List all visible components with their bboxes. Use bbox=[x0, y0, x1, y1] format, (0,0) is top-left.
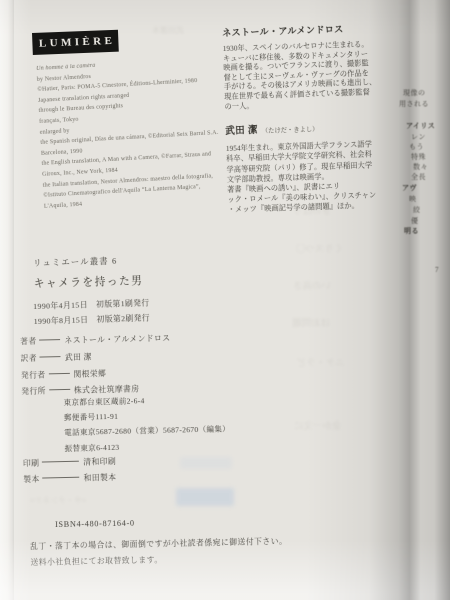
dash-rule bbox=[42, 461, 79, 463]
translator-name: 武田 潔 bbox=[225, 126, 258, 137]
next-page-fragment: 明る bbox=[404, 226, 419, 236]
bios-column: ネストール・アルメンドロス 1930年、スペインのバルセロナに生まれる。 キュー… bbox=[222, 21, 400, 216]
next-page-fragment: 優 bbox=[411, 216, 419, 226]
next-page-fragment: アヴ bbox=[402, 183, 417, 193]
ghost-text: 武田潔本 bbox=[152, 25, 184, 36]
colophon-value: 株式会社筑摩書房 bbox=[74, 384, 140, 394]
next-page-number: 7 bbox=[435, 266, 439, 274]
ghost-text: いの高さ bbox=[293, 278, 331, 292]
book-title: キャメラを持った男 bbox=[34, 273, 144, 291]
series-name: リュミエール叢書 6 bbox=[33, 254, 143, 269]
colophon-label: 発行者 bbox=[21, 370, 46, 380]
next-page-fold-text: 現像の 用される アイリス レン もう 特殊 数々 全長 アヴ 映 絞 優 明る bbox=[398, 86, 450, 286]
publisher-transfer-line: 振替東京6-4123 bbox=[64, 442, 119, 454]
colophon-row-binder: 製本和田製本 bbox=[23, 472, 116, 485]
return-notice: 乱丁・落丁本の場合は、御面倒ですが小社読者係宛に御送付下さい。 送料小社負担にて… bbox=[30, 534, 288, 570]
isbn-text: ISBN4-480-87164-0 bbox=[55, 519, 135, 529]
colophon-block: 著者ネストール・アルメンドロス 訳者武田 潔 発行者関根栄郷 発行所株式会社筑摩… bbox=[20, 329, 324, 496]
edition-dates: 1990年4月15日 初版第1刷発行 1990年8月15日 初版第2刷発行 bbox=[33, 295, 150, 329]
next-page-fragment: 数々 bbox=[413, 162, 428, 172]
lumiere-logo: LUMIÈRE bbox=[32, 30, 119, 55]
page-left-edge bbox=[0, 0, 14, 600]
colophon-value: 武田 潔 bbox=[65, 352, 92, 362]
colophon-label: 製本 bbox=[23, 475, 40, 484]
next-page-fragment: レン bbox=[411, 132, 426, 142]
next-page-fragment: 特殊 bbox=[411, 152, 426, 162]
colophon-row-printer: 印刷清和印刷 bbox=[23, 456, 116, 469]
dash-rule bbox=[39, 339, 60, 340]
author-bio: 1930年、スペインのバルセロナに生まれる。 キューバに移住後、多数のドキュメン… bbox=[223, 40, 397, 113]
colophon-value: 和田製本 bbox=[84, 473, 117, 483]
copyright-credits-block: Un homme à la caméra by Nestor Almendros… bbox=[36, 53, 244, 212]
colophon-row-translator: 訳者武田 潔 bbox=[20, 351, 92, 364]
series-title-block: リュミエール叢書 6 キャメラを持った男 bbox=[33, 254, 144, 291]
next-page-fragment: 絞 bbox=[413, 205, 421, 215]
next-page-fragment: アイリス bbox=[406, 121, 435, 131]
dash-rule bbox=[49, 389, 70, 390]
colophon-value: 清和印刷 bbox=[83, 457, 116, 467]
dash-rule bbox=[43, 477, 80, 479]
ghost-text-line: ≡サ・ナンネケ≡ bbox=[30, 495, 86, 506]
translator-name-row: 武田 潔 （たけだ・きよし） bbox=[225, 116, 397, 139]
publisher-phone-line: 電話東京5687-2680（営業）5687-2670（編集） bbox=[64, 423, 230, 438]
author-name: ネストール・アルメンドロス bbox=[222, 21, 394, 39]
next-page-fragment: 映 bbox=[409, 194, 417, 204]
ghost-text: ほお問題 bbox=[292, 315, 330, 329]
dash-rule bbox=[48, 373, 69, 374]
next-page-fragment: もう bbox=[409, 142, 424, 152]
colophon-label: 発行所 bbox=[21, 386, 46, 396]
dash-rule bbox=[40, 356, 61, 357]
ghost-text: くりスつ〇 bbox=[296, 241, 344, 255]
publisher-postal-line: 郵便番号111-91 bbox=[64, 411, 119, 423]
colophon-label: 著者 bbox=[20, 337, 37, 346]
colophon-value: 関根栄郷 bbox=[73, 369, 106, 379]
lumiere-logo-text: LUMIÈRE bbox=[35, 35, 115, 50]
edition-line: 1990年8月15日 初版第2刷発行 bbox=[33, 310, 150, 329]
colophon-label: 訳者 bbox=[20, 354, 37, 363]
book-colophon-page-photo: LUMIÈRE Un homme à la caméra by Nestor A… bbox=[0, 0, 450, 600]
publisher-address-line: 東京都台東区蔵前2-6-4 bbox=[63, 395, 144, 408]
colophon-row-author: 著者ネストール・アルメンドロス bbox=[20, 333, 170, 347]
next-page-fragment: 全長 bbox=[411, 172, 426, 182]
translator-bio: 1954年生まれ。東京外国語大学フランス語学 科卒、早稲田大学大学院文学研究科、… bbox=[226, 139, 400, 216]
translator-name-kana: （たけだ・きよし） bbox=[262, 126, 319, 135]
next-page-fragment: 現像の bbox=[403, 88, 426, 98]
colophon-row-publisher-person: 発行者関根栄郷 bbox=[21, 368, 107, 381]
next-page-fragment: 用される bbox=[399, 99, 429, 109]
colophon-label: 印刷 bbox=[23, 459, 40, 468]
colophon-value: ネストール・アルメンドロス bbox=[64, 334, 170, 345]
